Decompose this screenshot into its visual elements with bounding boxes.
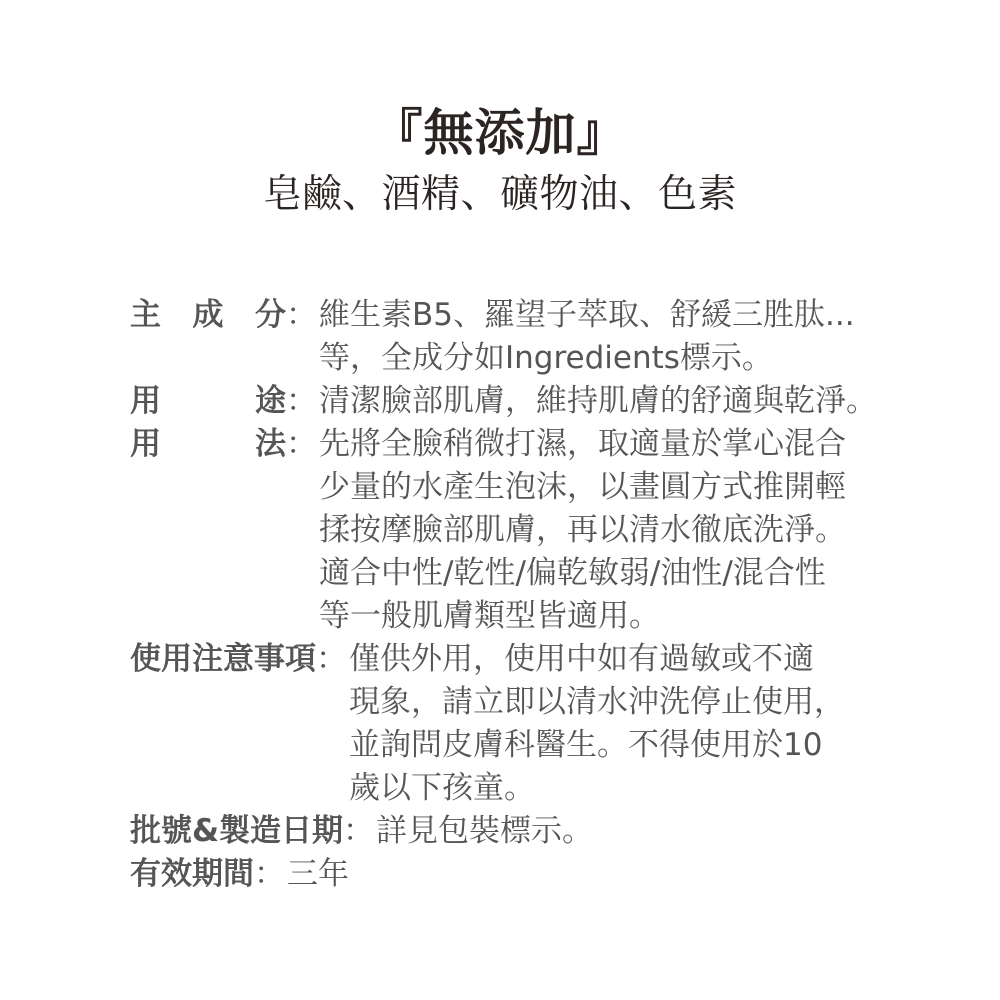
info-row-batch-mfg-date: 批號&製造日期 ： 詳見包裝標示。 — [130, 810, 930, 853]
row-label-directions: 用法 — [130, 423, 286, 466]
row-label-purpose: 用途 — [130, 380, 286, 423]
row-value-shelf-life: 三年 — [287, 853, 930, 896]
row-colon: ： — [286, 380, 319, 423]
row-label-precautions: 使用注意事項 — [130, 638, 316, 681]
info-row-directions: 用法 ： 先將全臉稍微打濕，取適量於掌心混合 少量的水產生泡沫，以畫圓方式推開輕… — [130, 423, 930, 638]
info-row-main-ingredients: 主成分 ： 維生素B5、羅望子萃取、舒緩三胜肽... 等，全成分如Ingredi… — [130, 294, 930, 380]
row-value-batch-mfg-date: 詳見包裝標示。 — [376, 810, 930, 853]
info-row-shelf-life: 有效期間 ： 三年 — [130, 853, 930, 896]
row-label-main-ingredients: 主成分 — [130, 294, 286, 337]
row-value-directions: 先將全臉稍微打濕，取適量於掌心混合 少量的水產生泡沫，以畫圓方式推開輕 揉按摩臉… — [319, 423, 930, 638]
info-row-precautions: 使用注意事項 ： 僅供外用，使用中如有過敏或不適 現象，請立即以清水沖洗停止使用… — [130, 638, 930, 810]
row-colon: ： — [254, 853, 287, 896]
page-title: 『無添加』 — [0, 102, 1000, 164]
row-value-purpose: 清潔臉部肌膚，維持肌膚的舒適與乾淨。 — [319, 380, 930, 423]
row-colon: ： — [286, 423, 319, 466]
product-info-panel: 『無添加』 皂鹼、酒精、礦物油、色素 主成分 ： 維生素B5、羅望子萃取、舒緩三… — [0, 0, 1000, 1000]
row-value-main-ingredients: 維生素B5、羅望子萃取、舒緩三胜肽... 等，全成分如Ingredients標示… — [319, 294, 930, 380]
header: 『無添加』 皂鹼、酒精、礦物油、色素 — [0, 102, 1000, 218]
info-list: 主成分 ： 維生素B5、羅望子萃取、舒緩三胜肽... 等，全成分如Ingredi… — [130, 294, 930, 896]
row-colon: ： — [316, 638, 349, 681]
row-label-shelf-life: 有效期間 — [130, 853, 254, 896]
row-value-precautions: 僅供外用，使用中如有過敏或不適 現象，請立即以清水沖洗停止使用， 並詢問皮膚科醫… — [349, 638, 930, 810]
row-label-batch-mfg-date: 批號&製造日期 — [130, 810, 343, 853]
subtitle: 皂鹼、酒精、礦物油、色素 — [0, 172, 1000, 218]
row-colon: ： — [286, 294, 319, 337]
row-colon: ： — [343, 810, 376, 853]
info-row-purpose: 用途 ： 清潔臉部肌膚，維持肌膚的舒適與乾淨。 — [130, 380, 930, 423]
